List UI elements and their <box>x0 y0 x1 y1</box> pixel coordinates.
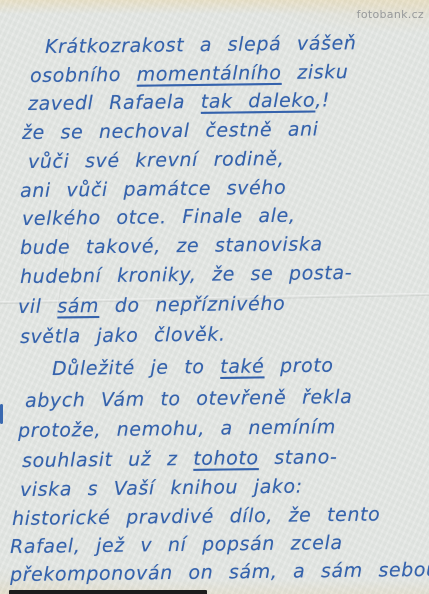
underlined-word: tohoto <box>193 447 259 470</box>
text-segment: historické pravdivé dílo, že tento <box>12 504 381 530</box>
handwritten-line: hudební kroniky, že se posta- <box>20 262 352 288</box>
handwritten-line: bude takové, ze stanoviska <box>20 233 323 259</box>
handwritten-line: zavedl Rafaela tak daleko,! <box>28 89 330 115</box>
text-segment: že se nechoval čestně ani <box>22 118 319 144</box>
text-segment: do nepříznivého <box>99 293 285 317</box>
handwritten-line: ani vůči památce svého <box>20 177 286 202</box>
letter-body: Krátkozrakost a slepá vášeňosobního mome… <box>0 0 429 594</box>
handwritten-line: vil sám do nepříznivého <box>18 293 285 318</box>
handwritten-line: osobního momentálního zisku <box>30 61 349 87</box>
handwritten-line: vůči své krevní rodině, <box>28 148 285 173</box>
text-segment: souhlasit už z <box>22 448 194 472</box>
handwritten-line: velkého otce. Finale ale, <box>22 205 296 230</box>
text-segment: ,! <box>315 89 330 111</box>
handwritten-line: viska s Vaší knihou jako: <box>20 476 303 501</box>
text-segment: hudební kroniky, že se posta- <box>20 262 352 288</box>
handwritten-line: Rafael, jež v ní popsán zcela <box>10 532 343 558</box>
handwritten-line: Krátkozrakost a slepá vášeň <box>45 32 357 58</box>
handwritten-line: že se nechoval čestně ani <box>22 118 319 144</box>
text-segment: stano- <box>259 446 338 469</box>
text-segment: zisku <box>281 61 348 84</box>
left-edge-ink-mark <box>0 404 3 424</box>
handwritten-line: překomponován on sám, a sám sebou, <box>10 559 429 586</box>
underlined-word: tak daleko <box>201 89 316 112</box>
text-segment: překomponován on sám, a sám sebou, <box>10 559 429 586</box>
underlined-word: momentálního <box>136 62 281 86</box>
underlined-word: také <box>220 355 264 378</box>
text-segment: ani vůči památce svého <box>20 177 286 202</box>
underlined-word: sám <box>57 295 99 318</box>
text-segment: vil <box>18 296 58 318</box>
handwritten-line: Důležité je to také proto <box>52 355 334 380</box>
text-segment: abych Vám to otevřeně řekla <box>25 386 353 412</box>
handwritten-line: souhlasit už z tohoto stano- <box>22 446 338 472</box>
text-segment: proto <box>264 355 333 378</box>
handwritten-line: světla jako člověk. <box>20 323 226 348</box>
handwritten-line: protože, nemohu, a nemíním <box>18 416 336 442</box>
text-segment: Rafael, jež v ní popsán zcela <box>10 532 343 558</box>
text-segment: Důležité je to <box>52 356 220 380</box>
text-segment: zavedl Rafaela <box>28 91 201 115</box>
photo-edge-shadow <box>9 590 207 594</box>
text-segment: bude takové, ze stanoviska <box>20 233 323 259</box>
text-segment: viska s Vaší knihou jako: <box>20 476 303 501</box>
text-segment: velkého otce. Finale ale, <box>22 205 296 230</box>
text-segment: protože, nemohu, a nemíním <box>18 416 336 442</box>
text-segment: světla jako člověk. <box>20 323 226 348</box>
text-segment: osobního <box>30 64 137 87</box>
handwritten-line: historické pravdivé dílo, že tento <box>12 504 381 530</box>
handwritten-line: abych Vám to otevřeně řekla <box>25 386 353 412</box>
text-segment: vůči své krevní rodině, <box>28 148 285 173</box>
letter-page: fotobank.cz Krátkozrakost a slepá vášeňo… <box>0 0 429 594</box>
text-segment: Krátkozrakost a slepá vášeň <box>45 32 357 58</box>
